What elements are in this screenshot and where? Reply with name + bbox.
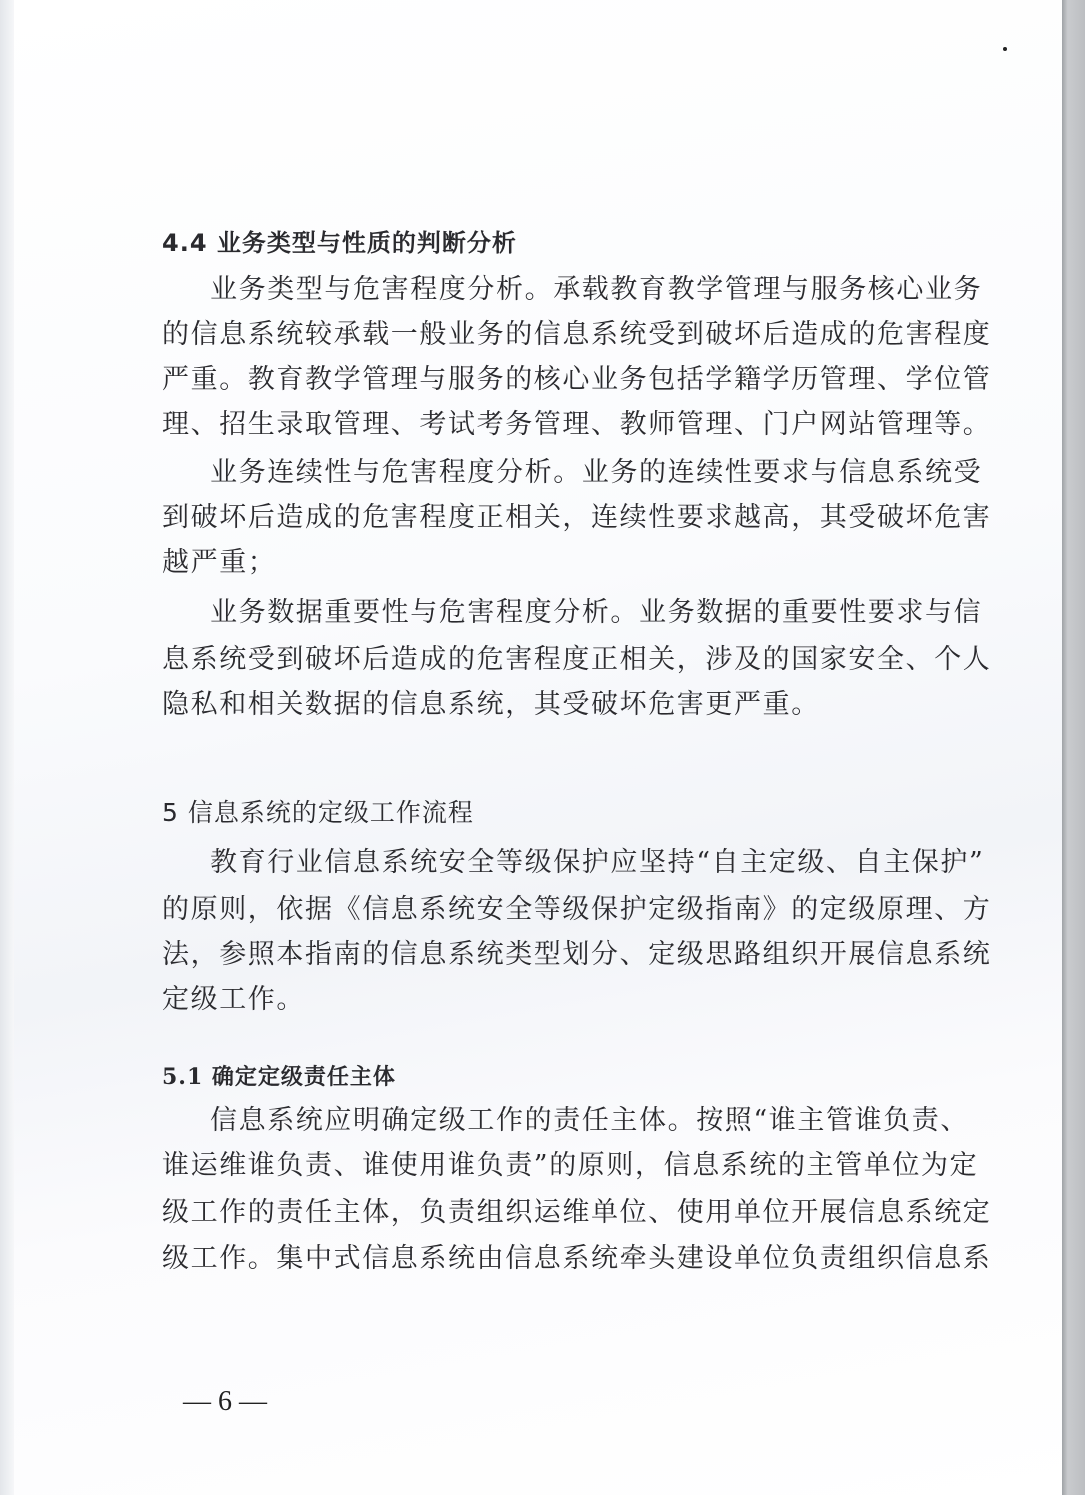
paragraph-line: 理、招生录取管理、考试考务管理、教师管理、门户网站管理等。 <box>162 408 991 442</box>
paragraph-line: 的原则，依据《信息系统安全等级保护定级指南》的定级原理、方 <box>162 893 991 927</box>
paragraph-line: 业务连续性与危害程度分析。业务的连续性要求与信息系统受 <box>210 456 982 490</box>
page-number: — 6 — <box>183 1386 267 1418</box>
paragraph-line: 越严重； <box>162 546 276 580</box>
paragraph-line: 教育行业信息系统安全等级保护应坚持“自主定级、自主保护” <box>210 846 984 880</box>
scanner-bed-edge <box>1062 0 1085 1495</box>
paragraph-line: 信息系统应明确定级工作的责任主体。按照“谁主管谁负责、 <box>210 1104 969 1138</box>
paragraph-line: 业务数据重要性与危害程度分析。业务数据的重要性要求与信 <box>210 596 982 630</box>
paragraph-line: 谁运维谁负责、谁使用谁负责”的原则，信息系统的主管单位为定 <box>162 1149 978 1183</box>
paragraph-line: 到破坏后造成的危害程度正相关，连续性要求越高，其受破坏危害 <box>162 501 991 535</box>
paragraph-line: 严重。教育教学管理与服务的核心业务包括学籍学历管理、学位管 <box>162 363 991 397</box>
paragraph-line: 级工作的责任主体，负责组织运维单位、使用单位开展信息系统定 <box>162 1196 991 1230</box>
section-heading-4-4: 4.4 业务类型与性质的判断分析 <box>162 226 517 260</box>
paragraph-line: 隐私和相关数据的信息系统，其受破坏危害更严重。 <box>162 688 820 722</box>
paragraph-line: 业务类型与危害程度分析。承载教育教学管理与服务核心业务 <box>210 273 982 307</box>
paragraph-line: 息系统受到破坏后造成的危害程度正相关，涉及的国家安全、个人 <box>162 643 991 677</box>
paragraph-line: 的信息系统较承载一般业务的信息系统受到破坏后造成的危害程度 <box>162 318 991 352</box>
paragraph-line: 级工作。集中式信息系统由信息系统牵头建设单位负责组织信息系 <box>162 1242 991 1276</box>
section-heading-5-1: 5.1 确定定级责任主体 <box>162 1060 396 1094</box>
paragraph-line: 定级工作。 <box>162 983 305 1017</box>
paragraph-line: 法，参照本指南的信息系统类型划分、定级思路组织开展信息系统 <box>162 938 991 972</box>
scan-speck <box>1003 47 1007 51</box>
page-left-edge <box>0 0 14 1495</box>
scanned-page: 4.4 业务类型与性质的判断分析 业务类型与危害程度分析。承载教育教学管理与服务… <box>0 0 1062 1495</box>
section-heading-5: 5 信息系统的定级工作流程 <box>162 796 474 830</box>
